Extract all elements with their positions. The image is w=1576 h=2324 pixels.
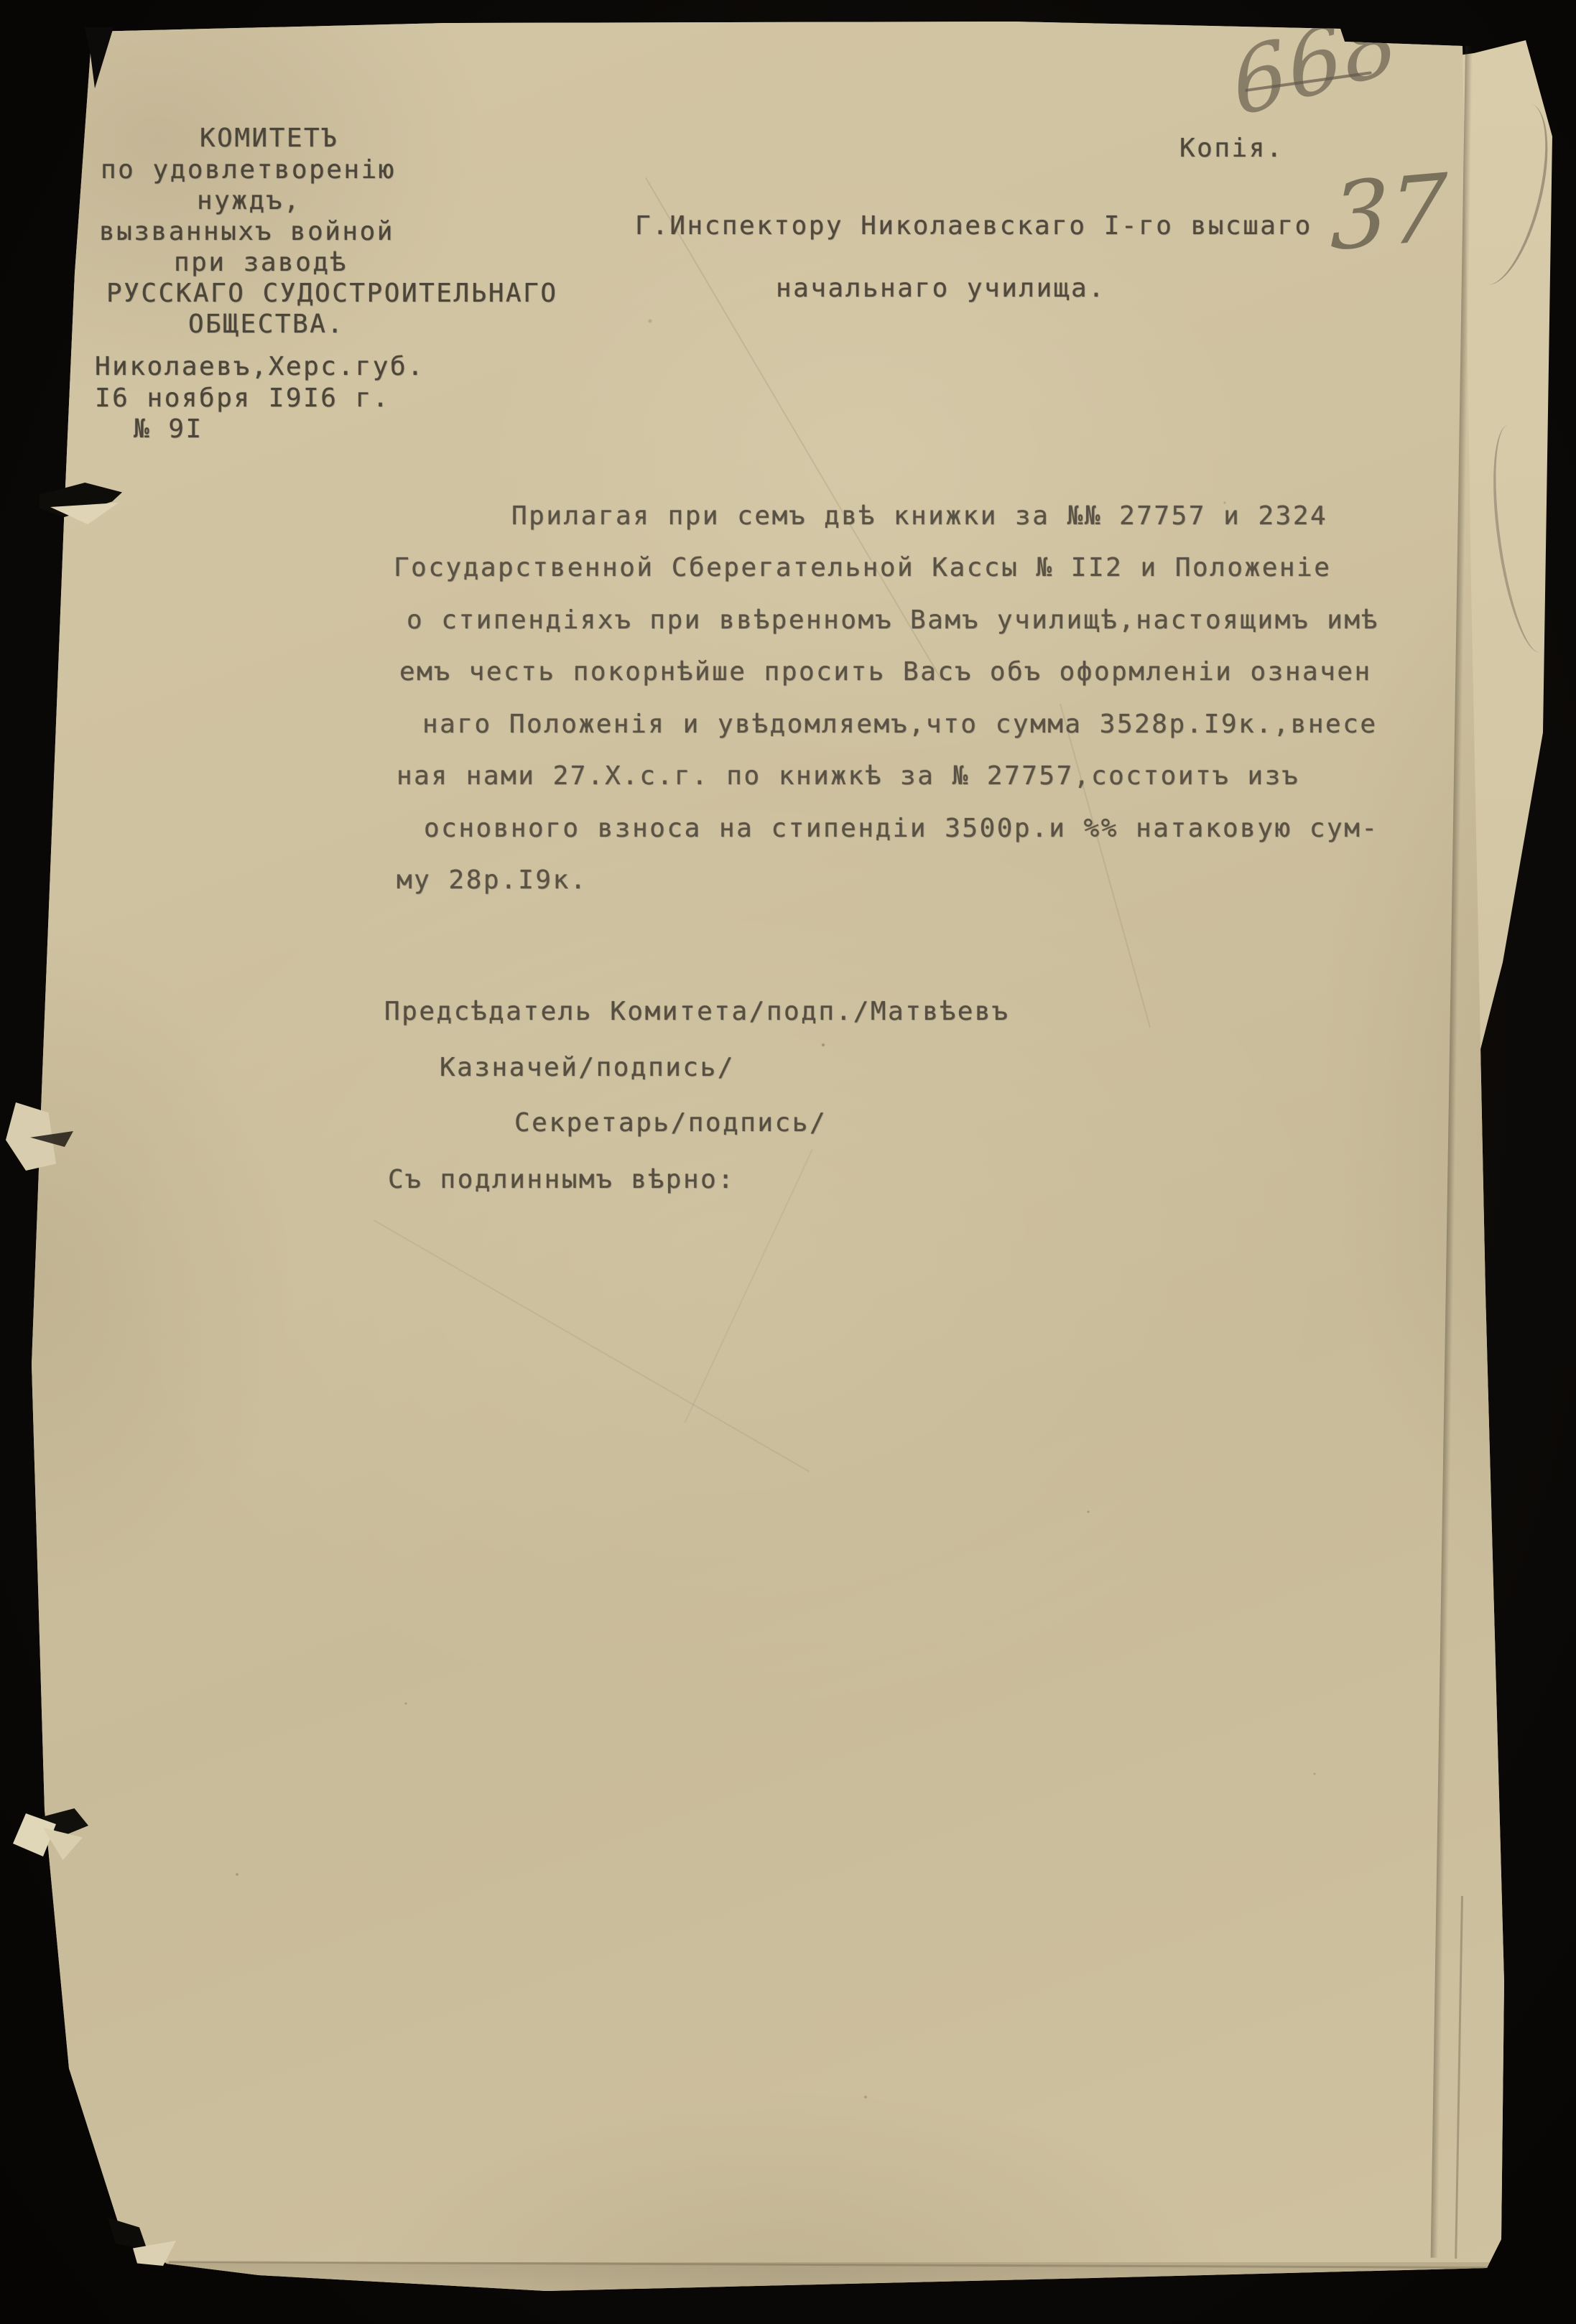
certification-line: Съ подлиннымъ вѣрно: [388, 1165, 735, 1194]
fold-shade-bottom [122, 2262, 1494, 2292]
letterhead-line-committee: КОМИТЕТЪ [200, 124, 338, 153]
letterhead-line: при заводѣ [174, 248, 348, 277]
signature-treasurer: Казначей/подпись/ [440, 1053, 735, 1082]
body-line: Прилагая при семъ двѣ книжки за №№ 27757… [511, 501, 1327, 531]
letterhead-place: Николаевъ,Херс.губ. [95, 352, 425, 381]
body-line: основного взноса на стипендіи 3500р.и %%… [424, 814, 1379, 843]
document-page: КОМИТЕТЪ по удовлетворенію нуждъ, вызван… [0, 0, 1576, 2324]
letterhead-line: вызванныхъ войной [99, 217, 394, 246]
letterhead-line: ОБЩЕСТВА. [188, 310, 345, 339]
body-line: му 28р.I9к. [397, 865, 588, 895]
addressee-line-1: Г.Инспектору Николаевскаго I-го высшаго [635, 211, 1312, 241]
body-line: ная нами 27.X.с.г. по книжкѣ за № 27757,… [397, 761, 1299, 791]
copy-label: Копія. [1179, 134, 1284, 163]
letterhead-number: № 9I [134, 414, 203, 444]
handwritten-folio-number: 37 [1330, 154, 1448, 272]
letterhead-date: I6 ноября I9I6 г. [95, 384, 390, 413]
letterhead-line: нуждъ, [197, 186, 301, 215]
signature-chairman: Предсѣдатель Комитета/подп./Матвѣевъ [384, 997, 1009, 1026]
scanned-document: КОМИТЕТЪ по удовлетворенію нуждъ, вызван… [0, 0, 1576, 2324]
signature-secretary: Секретарь/подпись/ [514, 1108, 827, 1138]
paper-specks [0, 0, 1576, 2324]
addressee-line-2: начальнаго училища. [776, 274, 1105, 303]
body-line: о стипендіяхъ при ввѣренномъ Вамъ училищ… [407, 605, 1379, 635]
letterhead-line-society-name: РУССКАГО СУДОСТРОИТЕЛЬНАГО [106, 279, 558, 308]
body-line: Государственной Сберегательной Кассы № I… [394, 553, 1331, 582]
body-line: наго Положенія и увѣдомляемъ,что сумма 3… [422, 710, 1378, 739]
letterhead-line: по удовлетворенію [101, 155, 396, 185]
body-line: емъ честь покорнѣйше просить Васъ объ оф… [399, 657, 1372, 687]
